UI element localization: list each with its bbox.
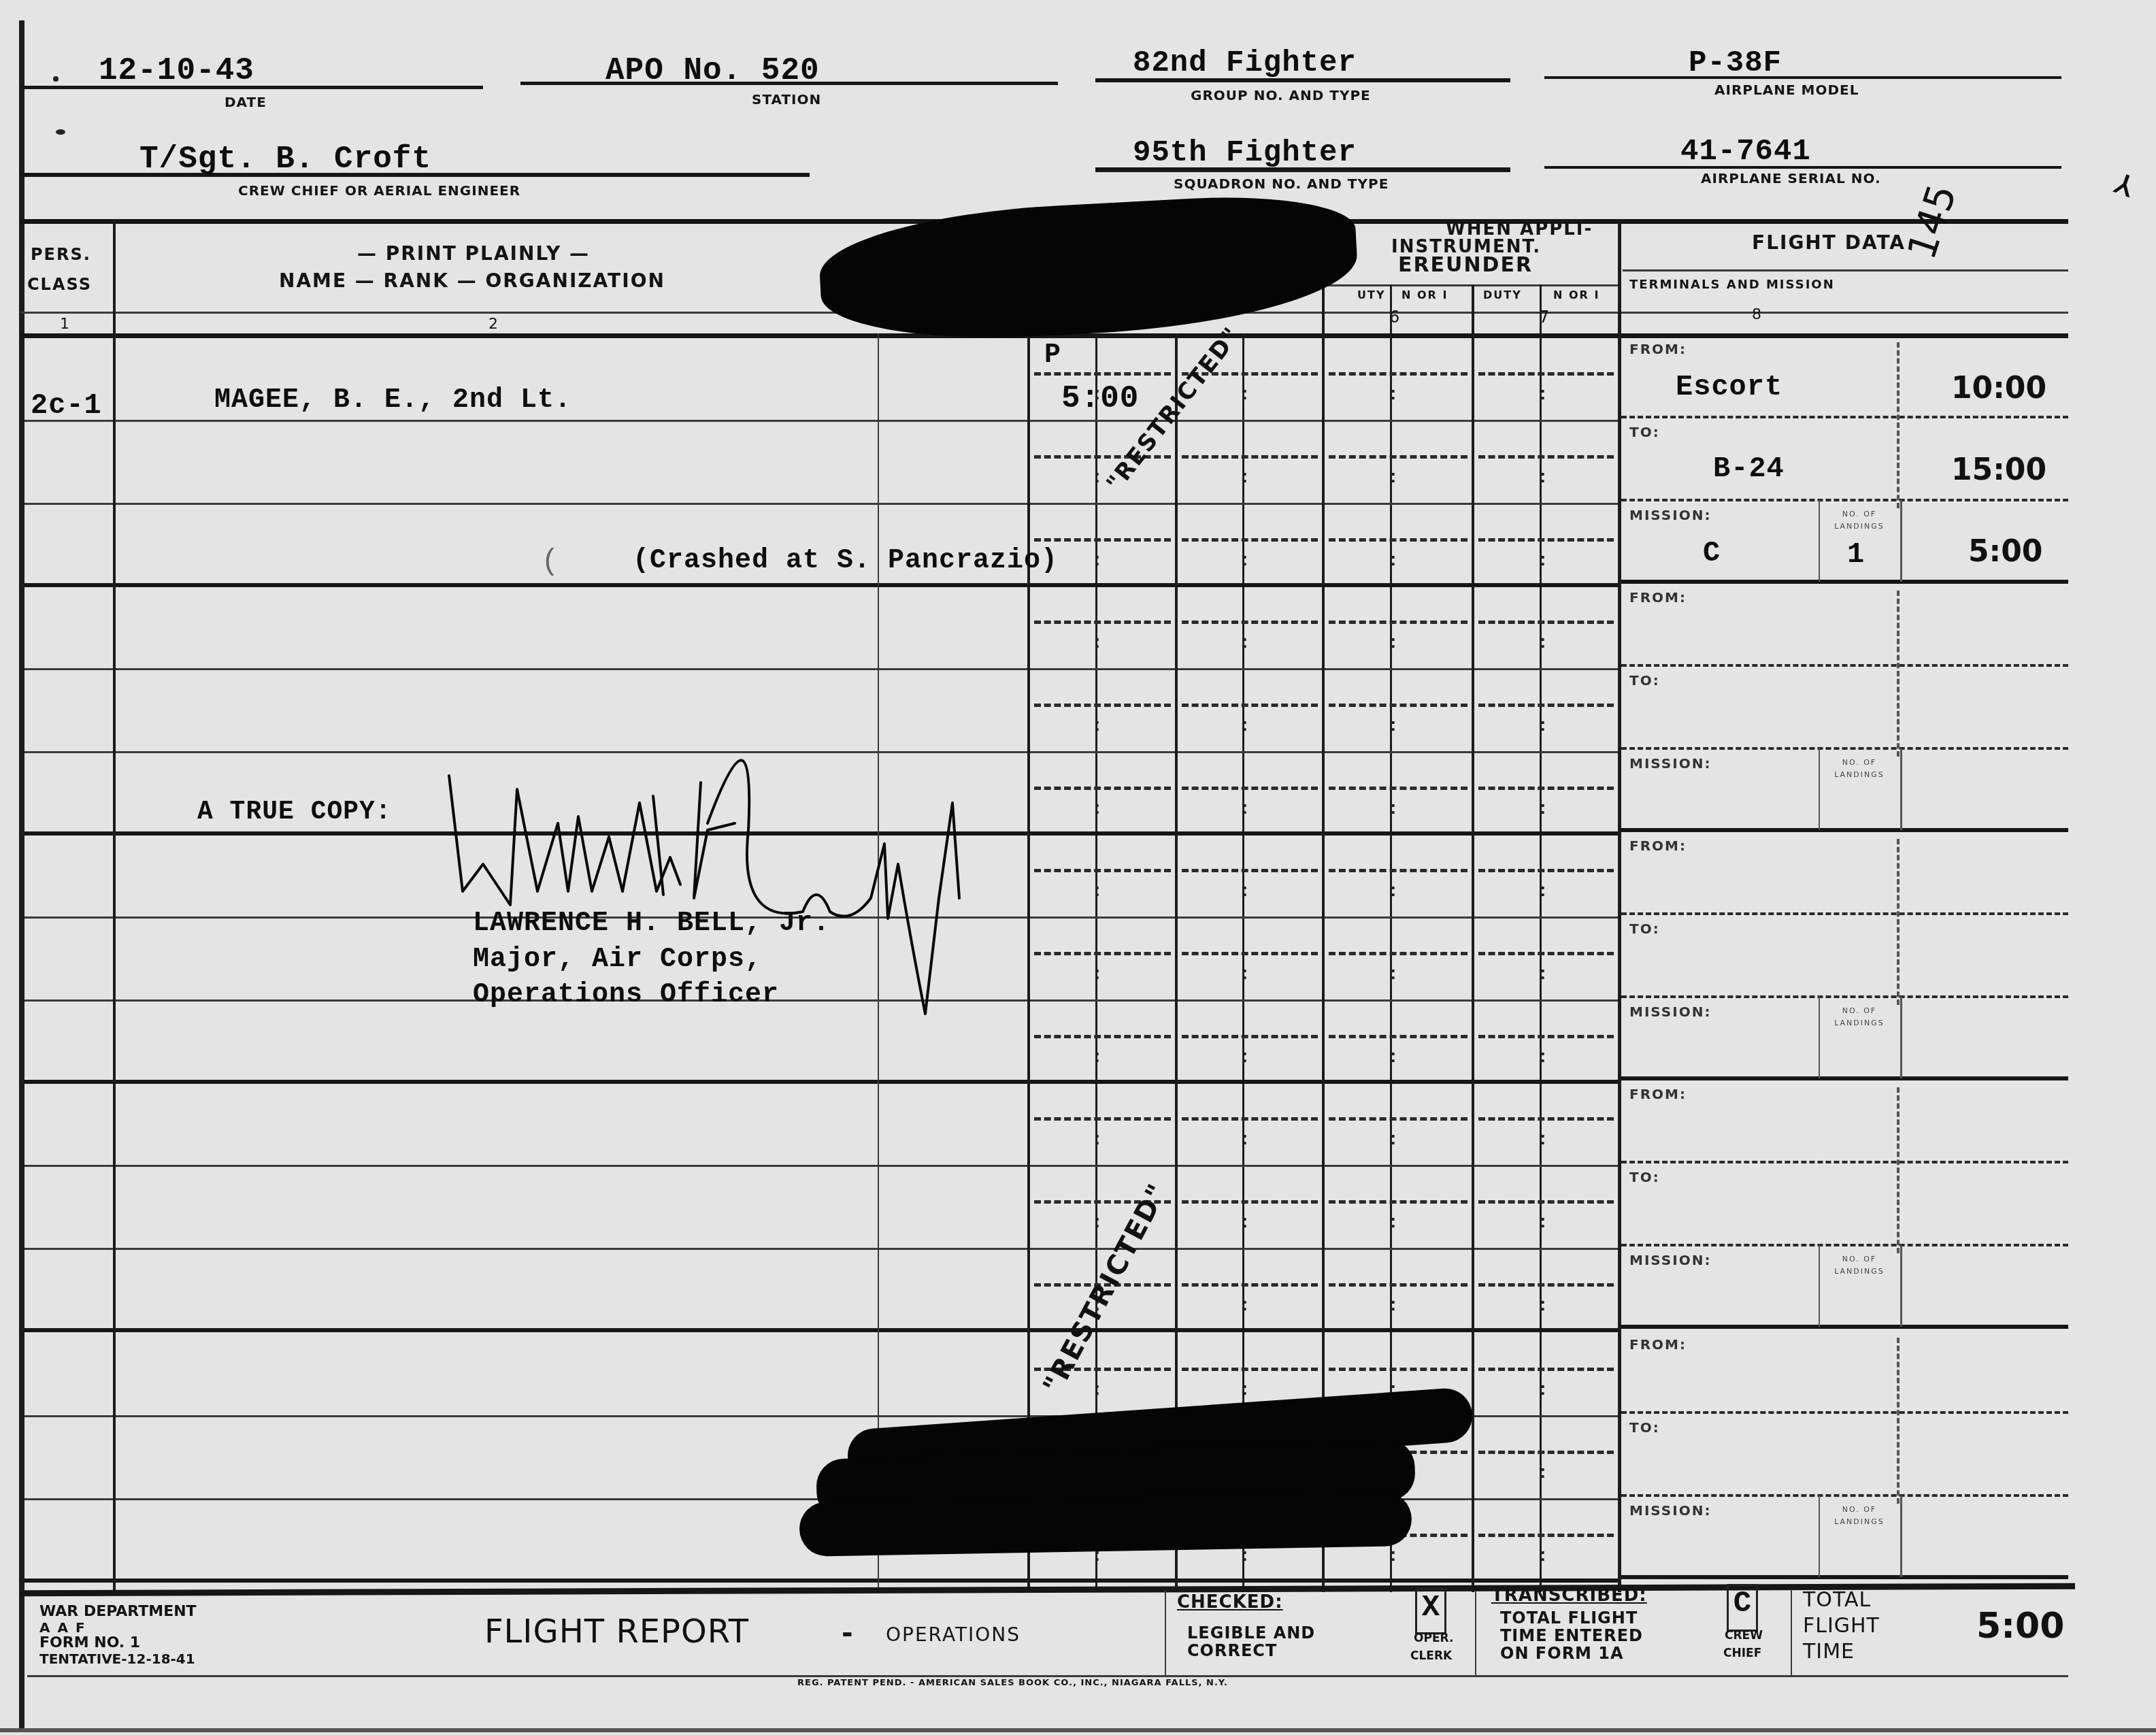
row-rule bbox=[24, 1165, 113, 1167]
from-label: FROM: bbox=[1629, 1336, 1687, 1353]
flight-data-block: FROM: TO: MISSION: NO. OF LANDINGS bbox=[1621, 1332, 2068, 1581]
dashed-rule bbox=[1478, 455, 1614, 459]
row-rule bbox=[1178, 1080, 1322, 1084]
squadron-value: 95th Fighter bbox=[1133, 136, 1357, 170]
dashed-rule bbox=[1182, 455, 1318, 459]
dashed-rule bbox=[1329, 869, 1467, 872]
row-rule bbox=[1030, 916, 1175, 919]
dashed-rule bbox=[1329, 1368, 1467, 1371]
footer-transcribed-line3: ON FORM 1A bbox=[1500, 1644, 1624, 1663]
footer-total-line3: TIME bbox=[1803, 1640, 1855, 1664]
time-colon-mark: : bbox=[1538, 384, 1548, 405]
row-rule bbox=[1474, 1498, 1618, 1500]
row-rule bbox=[1030, 831, 1175, 836]
dashed-rule bbox=[1329, 621, 1467, 624]
time-colon-mark: : bbox=[1240, 1212, 1250, 1233]
time-colon-mark: : bbox=[1240, 384, 1250, 405]
dashed-rule bbox=[1478, 538, 1614, 542]
dashed-rule bbox=[1034, 787, 1171, 790]
mission-label: MISSION: bbox=[1629, 1502, 1711, 1519]
row-rule bbox=[1178, 583, 1322, 587]
footer-transcribed-divider bbox=[1475, 1591, 1476, 1675]
row-rule bbox=[879, 1080, 1027, 1084]
row-rule bbox=[116, 1415, 878, 1417]
entry-duty: P bbox=[1044, 340, 1061, 371]
time-colon-mark: : bbox=[1388, 1295, 1399, 1316]
row-rule bbox=[1178, 1579, 1322, 1583]
col1-header-line1: PERS. bbox=[31, 245, 91, 264]
landings-label: NO. OF LANDINGS bbox=[1822, 1005, 1897, 1029]
dashed-rule bbox=[1034, 372, 1171, 376]
oper-clerk-checkbox[interactable]: X bbox=[1415, 1588, 1446, 1634]
footer-total-line1: TOTAL bbox=[1803, 1588, 1871, 1612]
time-colon-mark: : bbox=[1092, 1047, 1103, 1068]
date-label: DATE bbox=[225, 94, 267, 110]
row-rule bbox=[116, 1248, 878, 1250]
flight-data-subrule bbox=[1623, 269, 2068, 271]
dashed-rule bbox=[1329, 1035, 1467, 1038]
dashed-rule bbox=[1329, 1200, 1467, 1204]
time-colon-mark: : bbox=[1538, 799, 1548, 819]
footer-legible-line2: CORRECT bbox=[1187, 1641, 1277, 1660]
row-rule bbox=[1178, 999, 1322, 1002]
time-colon-mark: : bbox=[1388, 1129, 1399, 1150]
dashed-rule bbox=[1478, 372, 1614, 376]
row-rule bbox=[1178, 420, 1322, 422]
row-rule bbox=[1325, 751, 1472, 753]
footer-bottom-rule bbox=[27, 1675, 2068, 1677]
time-colon-mark: : bbox=[1240, 1295, 1250, 1316]
dashed-rule bbox=[1478, 787, 1614, 790]
time-colon-mark: : bbox=[1240, 716, 1250, 736]
col1-header-line2: CLASS bbox=[27, 275, 92, 294]
row-rule bbox=[1474, 831, 1618, 836]
row-rule bbox=[1178, 1165, 1322, 1167]
time-colon-mark: : bbox=[1092, 467, 1103, 488]
dashed-rule bbox=[1182, 869, 1318, 872]
redaction-top bbox=[817, 190, 1361, 347]
to-label: TO: bbox=[1629, 921, 1660, 937]
row-rule bbox=[1030, 583, 1175, 587]
row-rule bbox=[1178, 1248, 1322, 1250]
dashed-rule bbox=[1329, 704, 1467, 707]
flight-data-block: FROM: TO: MISSION: NO. OF LANDINGS bbox=[1621, 585, 2068, 833]
oper-clerk-line1: OPER. bbox=[1414, 1632, 1453, 1645]
sub-duty-partial: UTY bbox=[1357, 288, 1386, 301]
dashed-rule bbox=[1182, 1200, 1318, 1204]
time-colon-mark: : bbox=[1240, 550, 1250, 571]
dashed-rule bbox=[1034, 538, 1171, 542]
flight-data-block: FROM: TO: MISSION: NO. OF LANDINGS bbox=[1621, 833, 2068, 1082]
dashed-rule bbox=[1329, 952, 1467, 955]
time-colon-mark: : bbox=[1538, 1295, 1548, 1316]
row-rule bbox=[1474, 1080, 1618, 1084]
col-number-8: 8 bbox=[1752, 306, 1763, 323]
form-left-border bbox=[19, 20, 24, 1728]
time-colon-mark: : bbox=[1538, 1047, 1548, 1068]
row-rule bbox=[1474, 1328, 1618, 1332]
flight-block-from-to-dash bbox=[1621, 664, 2068, 667]
from-time: 10:00 bbox=[1951, 371, 2046, 406]
time-colon-mark: : bbox=[1092, 964, 1103, 985]
row-rule bbox=[1474, 503, 1618, 505]
time-colon-mark: : bbox=[1388, 716, 1399, 736]
row-rule bbox=[1325, 1579, 1472, 1583]
dashed-rule bbox=[1478, 1117, 1614, 1121]
row-rule bbox=[24, 1248, 113, 1250]
sub-duty-7: DUTY bbox=[1483, 288, 1522, 301]
row-rule bbox=[1474, 1579, 1618, 1583]
row-rule bbox=[1325, 831, 1472, 836]
from-label: FROM: bbox=[1629, 589, 1687, 606]
row-rule bbox=[1474, 1248, 1618, 1250]
time-colon-mark: : bbox=[1240, 881, 1250, 902]
to-label: TO: bbox=[1629, 672, 1660, 689]
row-rule bbox=[1030, 1579, 1175, 1583]
mission-label: MISSION: bbox=[1629, 1252, 1711, 1268]
row-rule bbox=[1178, 916, 1322, 919]
time-colon-mark: : bbox=[1538, 1463, 1548, 1483]
row-rule bbox=[1030, 668, 1175, 670]
to-label: TO: bbox=[1629, 1169, 1660, 1185]
time-colon-mark: : bbox=[1240, 964, 1250, 985]
flight-data-block: FROM: TO: MISSION: NO. OF LANDINGS bbox=[1621, 1082, 2068, 1330]
col4-left-border bbox=[1175, 333, 1178, 1592]
time-colon-mark: : bbox=[1388, 799, 1399, 819]
flight-block-time-divider bbox=[1897, 591, 1900, 757]
col-number-1: 1 bbox=[60, 316, 71, 333]
landings-label: NO. OF LANDINGS bbox=[1822, 757, 1897, 781]
row-rule bbox=[1325, 583, 1472, 587]
crew-chief-checkbox[interactable]: C bbox=[1727, 1584, 1758, 1632]
row-rule bbox=[879, 1328, 1027, 1332]
row-rule bbox=[24, 503, 113, 505]
printer-imprint: REG. PATENT PEND. - AMERICAN SALES BOOK … bbox=[797, 1678, 1228, 1688]
row-rule bbox=[24, 1415, 113, 1417]
flight-block-from-to-dash bbox=[1621, 416, 2068, 418]
footer-form-title: FLIGHT REPORT bbox=[484, 1613, 749, 1651]
dashed-rule bbox=[1329, 787, 1467, 790]
footer-legible-line1: LEGIBLE AND bbox=[1187, 1623, 1315, 1642]
dashed-rule bbox=[1034, 704, 1171, 707]
squadron-label: SQUADRON NO. AND TYPE bbox=[1174, 176, 1389, 192]
from-label: FROM: bbox=[1629, 1086, 1687, 1102]
row-rule bbox=[1030, 1165, 1175, 1167]
dashed-rule bbox=[1182, 787, 1318, 790]
row-rule bbox=[1030, 1080, 1175, 1084]
time-colon-mark: : bbox=[1388, 550, 1399, 571]
time-colon-mark: : bbox=[1092, 550, 1103, 571]
dashed-rule bbox=[1182, 1283, 1318, 1287]
col7-left-border bbox=[1472, 284, 1474, 1592]
flight-data-block: FROM: Escort 10:00 TO: B-24 15:00 MISSIO… bbox=[1621, 337, 2068, 585]
time-colon-mark: : bbox=[1240, 1380, 1250, 1400]
from-label: FROM: bbox=[1629, 838, 1687, 854]
crew-chief-mark: C bbox=[1734, 1587, 1751, 1621]
row-rule bbox=[116, 583, 878, 587]
mission-label: MISSION: bbox=[1629, 507, 1711, 523]
time-colon-mark: : bbox=[1092, 1129, 1103, 1150]
redaction-bottom-3 bbox=[799, 1491, 1412, 1557]
row-rule bbox=[879, 503, 1027, 505]
dashed-rule bbox=[1478, 1035, 1614, 1038]
row-rule bbox=[1030, 999, 1175, 1002]
dashed-rule bbox=[1034, 1117, 1171, 1121]
true-copy-label: A TRUE COPY: bbox=[197, 797, 392, 827]
time-colon-mark: : bbox=[1240, 467, 1250, 488]
row-rule bbox=[24, 1579, 113, 1583]
crew-chief-label: CREW CHIEF OR AERIAL ENGINEER bbox=[238, 182, 520, 199]
time-colon-mark: : bbox=[1092, 1380, 1103, 1400]
handwritten-signature bbox=[435, 721, 1048, 1021]
dashed-rule bbox=[1034, 1035, 1171, 1038]
footer-total-line2: FLIGHT bbox=[1803, 1614, 1880, 1638]
mission-value: C bbox=[1703, 537, 1721, 569]
time-colon-mark: : bbox=[1240, 799, 1250, 819]
dashed-rule bbox=[1182, 1368, 1318, 1371]
dashed-rule bbox=[1034, 869, 1171, 872]
restricted-stamp-bottom: "RESTRICTED" bbox=[1037, 1178, 1174, 1399]
time-colon-mark: : bbox=[1538, 881, 1548, 902]
footer-checked-divider bbox=[1165, 1591, 1166, 1675]
landings-value: 1 bbox=[1847, 538, 1865, 571]
row-rule bbox=[1325, 1080, 1472, 1084]
time-colon-mark: : bbox=[1092, 1212, 1103, 1233]
col-number-2: 2 bbox=[488, 316, 499, 333]
flight-block-time-divider bbox=[1897, 342, 1900, 508]
time-colon-mark: : bbox=[1538, 1212, 1548, 1233]
station-value: APO No. 520 bbox=[606, 53, 820, 88]
row-rule bbox=[116, 1328, 878, 1332]
group-value: 82nd Fighter bbox=[1133, 46, 1357, 80]
row-rule bbox=[116, 420, 878, 422]
footer-total-divider bbox=[1791, 1589, 1792, 1675]
row-rule bbox=[1325, 668, 1472, 670]
row-rule bbox=[1325, 916, 1472, 919]
stray-paren-mark: ( bbox=[544, 543, 554, 577]
row-rule bbox=[24, 1328, 113, 1332]
landings-label: NO. OF LANDINGS bbox=[1822, 1253, 1897, 1278]
time-colon-mark: : bbox=[1240, 633, 1250, 653]
time-colon-mark: : bbox=[1388, 881, 1399, 902]
time-colon-mark: : bbox=[1538, 1380, 1548, 1400]
row-rule bbox=[24, 1080, 113, 1084]
time-colon-mark: : bbox=[1388, 1047, 1399, 1068]
col6-left-border bbox=[1322, 221, 1325, 1592]
handwritten-page-number: 145 bbox=[1898, 179, 1966, 265]
dashed-rule bbox=[1478, 869, 1614, 872]
date-value: 12-10-43 bbox=[99, 53, 254, 88]
footer-top-rule bbox=[20, 1583, 2075, 1597]
to-value: B-24 bbox=[1713, 452, 1785, 485]
dashed-rule bbox=[1329, 372, 1467, 376]
time-colon-mark: : bbox=[1388, 964, 1399, 985]
oper-clerk-line2: CLERK bbox=[1410, 1649, 1452, 1663]
row-rule bbox=[1474, 1165, 1618, 1167]
row-rule bbox=[24, 916, 113, 919]
dashed-rule bbox=[1329, 1117, 1467, 1121]
footer-dept-line1: WAR DEPARTMENT bbox=[39, 1603, 197, 1620]
entry-time: 5:00 bbox=[1061, 381, 1139, 416]
from-label: FROM: bbox=[1629, 341, 1687, 357]
row-rule bbox=[879, 1415, 1027, 1417]
row-rule bbox=[1178, 1328, 1322, 1332]
time-colon-mark: : bbox=[1388, 1212, 1399, 1233]
mission-time: 5:00 bbox=[1968, 534, 2042, 569]
time-colon-mark: : bbox=[1388, 384, 1399, 405]
footer-transcribed-line1: TOTAL FLIGHT bbox=[1500, 1608, 1638, 1627]
mission-label: MISSION: bbox=[1629, 1004, 1711, 1020]
dashed-rule bbox=[1478, 704, 1614, 707]
row-rule bbox=[879, 583, 1027, 587]
row-rule bbox=[1178, 831, 1322, 836]
time-colon-mark: : bbox=[1388, 633, 1399, 653]
flight-data-header: FLIGHT DATA bbox=[1752, 231, 1906, 254]
dashed-rule bbox=[1182, 704, 1318, 707]
sub-n-or-i-6: N OR I bbox=[1402, 288, 1448, 301]
row-rule bbox=[1474, 751, 1618, 753]
duty-subheader-rule bbox=[1320, 284, 1619, 286]
footer-dept-line3: FORM NO. 1 bbox=[39, 1634, 140, 1651]
dashed-rule bbox=[1182, 538, 1318, 542]
flight-block-from-to-dash bbox=[1621, 1161, 2068, 1163]
to-time: 15:00 bbox=[1951, 452, 2046, 487]
time-colon-mark: : bbox=[1538, 1129, 1548, 1150]
footer-title-dash: - bbox=[842, 1618, 853, 1649]
row-rule bbox=[1474, 999, 1618, 1002]
margin-dot bbox=[53, 76, 59, 82]
footer-dept-line4: TENTATIVE-12-18-41 bbox=[39, 1651, 195, 1667]
col2-header-line2: NAME — RANK — ORGANIZATION bbox=[279, 269, 665, 292]
row-rule bbox=[24, 668, 113, 670]
time-colon-mark: : bbox=[1092, 716, 1103, 736]
col2-header-line1: — PRINT PLAINLY — bbox=[357, 242, 590, 265]
dashed-rule bbox=[1182, 952, 1318, 955]
row-rule bbox=[1178, 503, 1322, 505]
row-rule bbox=[116, 1579, 878, 1583]
flight-block-from-to-dash bbox=[1621, 1411, 2068, 1414]
time-colon-mark: : bbox=[1538, 1546, 1548, 1566]
entry-pers-class: 2c-1 bbox=[31, 389, 102, 422]
dashed-rule bbox=[1182, 621, 1318, 624]
row-rule bbox=[24, 583, 113, 587]
oper-clerk-mark: X bbox=[1422, 1591, 1440, 1625]
station-label: STATION bbox=[752, 91, 821, 108]
row-rule bbox=[24, 831, 113, 836]
time-colon-mark: : bbox=[1538, 964, 1548, 985]
time-colon-mark: : bbox=[1092, 881, 1103, 902]
dashed-rule bbox=[1182, 1117, 1318, 1121]
landings-label: NO. OF LANDINGS bbox=[1822, 1504, 1897, 1528]
entry-name: MAGEE, B. E., 2nd Lt. bbox=[214, 385, 571, 416]
row-rule bbox=[1325, 999, 1472, 1002]
time-colon-mark: : bbox=[1538, 467, 1548, 488]
row-rule bbox=[1474, 668, 1618, 670]
row-rule bbox=[116, 1165, 878, 1167]
row-rule bbox=[1030, 1248, 1175, 1250]
airplane-model-underline bbox=[1544, 76, 2061, 79]
row-rule bbox=[24, 1498, 113, 1500]
time-colon-mark: : bbox=[1388, 467, 1399, 488]
row-rule bbox=[879, 420, 1027, 422]
time-colon-mark: : bbox=[1538, 550, 1548, 571]
dashed-rule bbox=[1478, 1451, 1614, 1454]
partial-note-line3: EREUNDER bbox=[1398, 253, 1533, 277]
row-rule bbox=[1325, 503, 1472, 505]
row-rule bbox=[1325, 420, 1472, 422]
dashed-rule bbox=[1182, 1035, 1318, 1038]
footer-dept-line2: A A F bbox=[39, 1619, 86, 1636]
airplane-model-value: P-38F bbox=[1689, 46, 1782, 80]
footer-transcribed-line2: TIME ENTERED bbox=[1500, 1626, 1643, 1645]
dashed-rule bbox=[1478, 1534, 1614, 1537]
flight-block-time-divider bbox=[1897, 1338, 1900, 1504]
crew-chief-value: T/Sgt. B. Croft bbox=[139, 142, 431, 177]
dashed-rule bbox=[1329, 455, 1467, 459]
col1-right-border bbox=[113, 221, 116, 1592]
time-colon-mark: : bbox=[1240, 1129, 1250, 1150]
row-rule bbox=[116, 503, 878, 505]
group-label: GROUP NO. AND TYPE bbox=[1191, 87, 1371, 103]
row-rule bbox=[1178, 668, 1322, 670]
row-rule bbox=[879, 1165, 1027, 1167]
flight-block-from-to-dash bbox=[1621, 912, 2068, 915]
dashed-rule bbox=[1478, 1283, 1614, 1287]
page-bottom-edge bbox=[0, 1728, 2156, 1732]
row-rule bbox=[1325, 1328, 1472, 1332]
crew-chief-line1: CREW bbox=[1725, 1629, 1763, 1642]
dashed-rule bbox=[1478, 1368, 1614, 1371]
to-label: TO: bbox=[1629, 424, 1660, 440]
time-colon-mark: : bbox=[1538, 716, 1548, 736]
row-rule bbox=[1474, 1415, 1618, 1417]
airplane-model-label: AIRPLANE MODEL bbox=[1714, 82, 1859, 98]
to-label: TO: bbox=[1629, 1419, 1660, 1436]
mission-label: MISSION: bbox=[1629, 755, 1711, 772]
margin-tick-mark: ⅄ bbox=[2111, 168, 2138, 203]
dashed-rule bbox=[1329, 1283, 1467, 1287]
flight-block-time-divider bbox=[1897, 839, 1900, 1005]
flight-block-time-divider bbox=[1897, 1087, 1900, 1253]
from-value: Escort bbox=[1676, 371, 1782, 403]
row-rule bbox=[1325, 1165, 1472, 1167]
time-colon-mark: : bbox=[1240, 1047, 1250, 1068]
footer-checked-label: CHECKED: bbox=[1177, 1592, 1283, 1613]
row-rule bbox=[116, 668, 878, 670]
row-rule bbox=[1474, 420, 1618, 422]
row-rule bbox=[1030, 1328, 1175, 1332]
time-colon-mark: : bbox=[1538, 633, 1548, 653]
dashed-rule bbox=[1034, 621, 1171, 624]
col3-sub-border bbox=[1095, 333, 1097, 1592]
footer-form-subtitle: OPERATIONS bbox=[886, 1623, 1021, 1646]
row-rule bbox=[1030, 751, 1175, 753]
row-rule bbox=[1474, 583, 1618, 587]
row-rule bbox=[1030, 503, 1175, 505]
airplane-serial-value: 41-7641 bbox=[1680, 135, 1811, 169]
dashed-rule bbox=[1034, 952, 1171, 955]
total-flight-time-value: 5:00 bbox=[1976, 1606, 2064, 1647]
row-rule bbox=[1474, 916, 1618, 919]
time-colon-mark: : bbox=[1092, 633, 1103, 653]
sub-n-or-i-7: N OR I bbox=[1553, 288, 1599, 301]
row-rule bbox=[1325, 1248, 1472, 1250]
dashed-rule bbox=[1329, 538, 1467, 542]
time-colon-mark: : bbox=[1388, 1546, 1399, 1566]
crew-chief-line2: CHIEF bbox=[1723, 1647, 1761, 1660]
time-colon-mark: : bbox=[1092, 799, 1103, 819]
dashed-rule bbox=[1478, 621, 1614, 624]
